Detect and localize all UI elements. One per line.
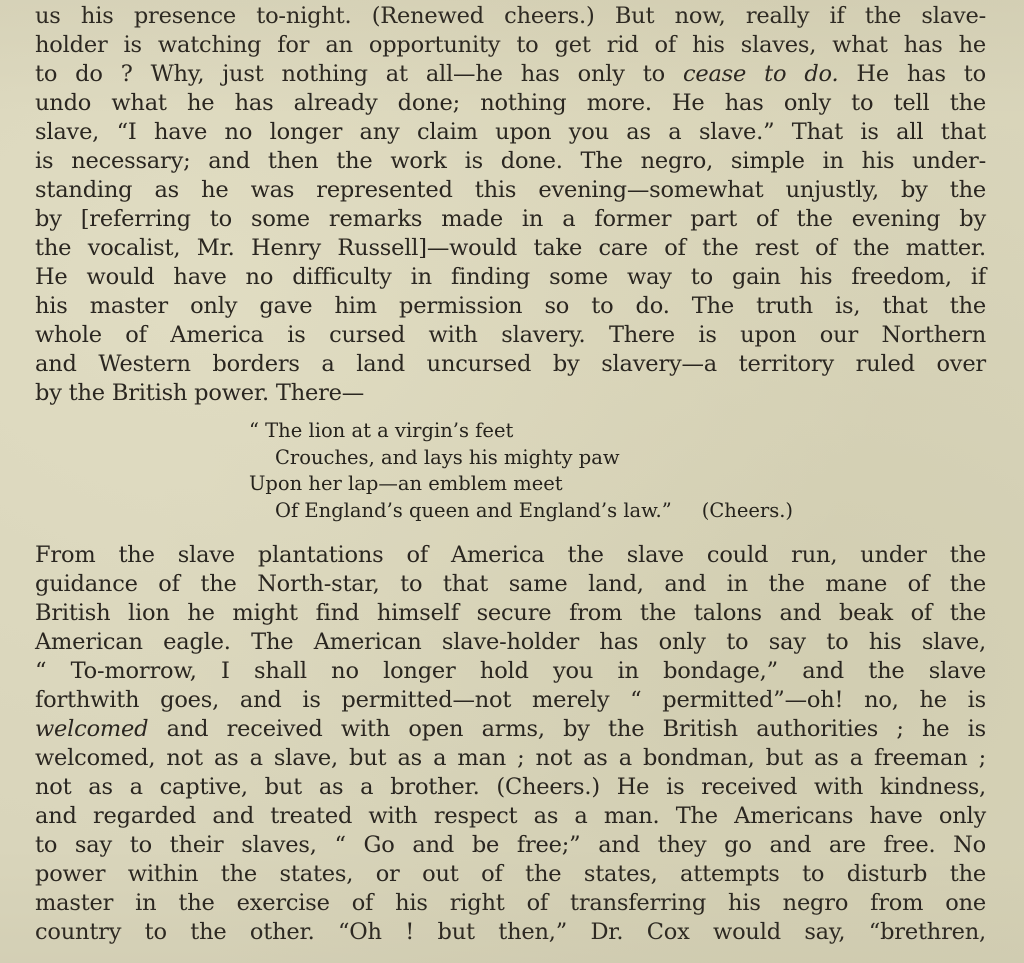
text-line: not as a captive, but as a brother. (Che… (35, 773, 986, 802)
verse-line: Upon her lap—an emblem meet (249, 471, 986, 498)
paragraph-speech-part-2: From the slave plantations of America th… (35, 541, 986, 947)
text-run: He has to (838, 61, 986, 87)
text-line: welcomed and received with open arms, by… (35, 715, 986, 744)
text-line: to do ? Why, just nothing at all—he has … (35, 60, 986, 89)
document-page: us his presence to-night. (Renewed cheer… (35, 2, 986, 947)
text-line: forthwith goes, and is permitted—not mer… (35, 686, 986, 715)
verse-line: Of England’s queen and England’s law.”(C… (249, 498, 986, 525)
text-line: master in the exercise of his right of t… (35, 889, 986, 918)
text-line: British lion he might find himself secur… (35, 599, 986, 628)
italic-emphasis: cease to do. (683, 61, 838, 87)
text-line: to say to their slaves, “ Go and be free… (35, 831, 986, 860)
text-line: American eagle. The American slave-holde… (35, 628, 986, 657)
text-line: holder is watching for an opportunity to… (35, 31, 986, 60)
text-line: and Western borders a land uncursed by s… (35, 350, 986, 379)
audience-annotation: (Cheers.) (702, 498, 793, 525)
text-line: undo what he has already done; nothing m… (35, 89, 986, 118)
text-line: guidance of the North-star, to that same… (35, 570, 986, 599)
text-run: and received with open arms, by the Brit… (148, 716, 986, 742)
text-line: welcomed, not as a slave, but as a man ;… (35, 744, 986, 773)
paragraph-speech-part-1: us his presence to-night. (Renewed cheer… (35, 2, 986, 408)
verse-text: Of England’s queen and England’s law.” (275, 499, 672, 522)
text-line: power within the states, or out of the s… (35, 860, 986, 889)
text-line: the vocalist, Mr. Henry Russell]—would t… (35, 234, 986, 263)
verse-line: “ The lion at a virgin’s feet (249, 418, 986, 445)
text-line: From the slave plantations of America th… (35, 541, 986, 570)
verse-line: Crouches, and lays his mighty paw (249, 445, 986, 472)
text-line: by the British power. There— (35, 379, 986, 408)
text-line: by [referring to some remarks made in a … (35, 205, 986, 234)
text-line: He would have no difficulty in finding s… (35, 263, 986, 292)
text-run: to do ? Why, just nothing at all—he has … (35, 61, 683, 87)
text-line: slave, “I have no longer any claim upon … (35, 118, 986, 147)
text-line: is necessary; and then the work is done.… (35, 147, 986, 176)
text-line: “ To-morrow, I shall no longer hold you … (35, 657, 986, 686)
text-line: country to the other. “Oh ! but then,” D… (35, 918, 986, 947)
text-line: whole of America is cursed with slavery.… (35, 321, 986, 350)
italic-emphasis: welcomed (35, 716, 148, 742)
text-line: standing as he was represented this even… (35, 176, 986, 205)
text-line: his master only gave him permission so t… (35, 292, 986, 321)
paragraph-spacer (35, 524, 986, 541)
text-line: and regarded and treated with respect as… (35, 802, 986, 831)
verse-quotation: “ The lion at a virgin’s feet Crouches, … (249, 418, 986, 524)
text-line: us his presence to-night. (Renewed cheer… (35, 2, 986, 31)
